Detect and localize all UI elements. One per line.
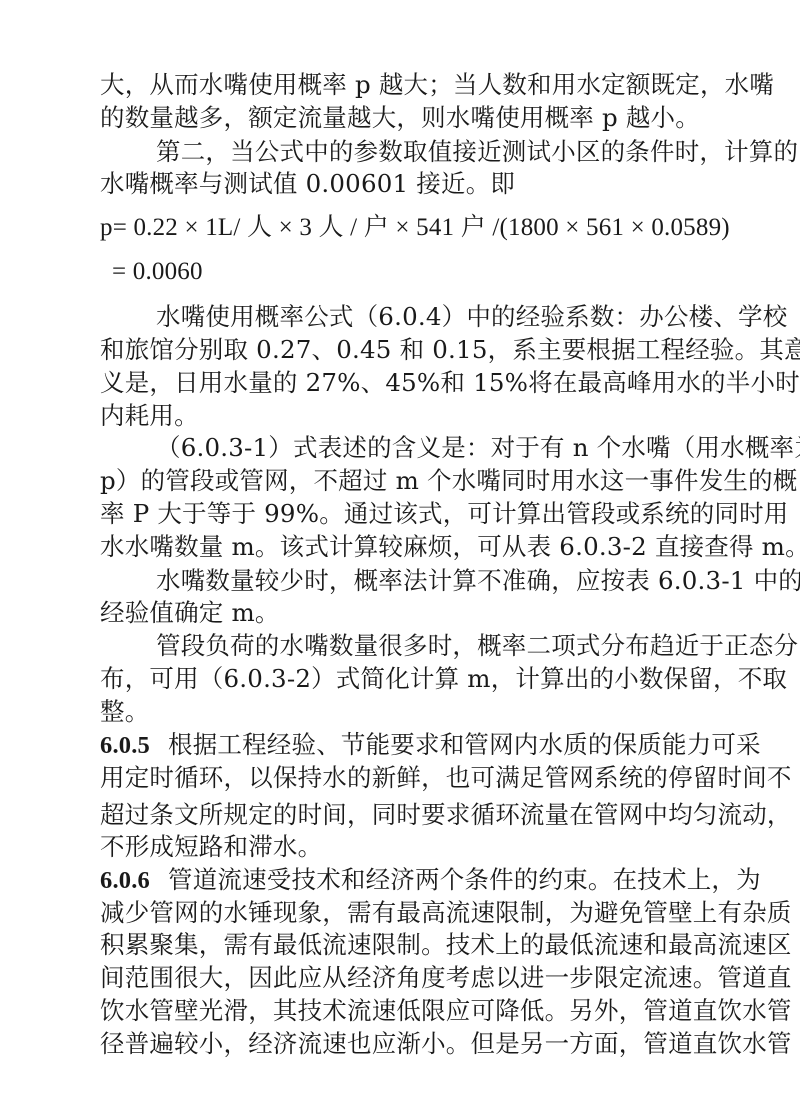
paragraph-start-line: 水嘴使用概率公式（6.0.4）中的经验系数：办公楼、学校 [156,301,718,333]
text-line: 布，可用（6.0.3-2）式简化计算 m，计算出的小数保留，不取 [100,663,718,695]
text-line: 率 P 大于等于 99%。通过该式，可计算出管段或系统的同时用 [100,498,718,530]
text-line: 饮水管壁光滑，其技术流速低限应可降低。另外，管道直饮水管 [100,995,718,1027]
text-line: 径普遍较小，经济流速也应渐小。但是另一方面，管道直饮水管 [100,1028,718,1060]
clause-number: 6.0.5 [100,732,150,759]
text-line: 义是，日用水量的 27%、45%和 15%将在最高峰用水的半小时 [100,367,718,399]
text-line: 内耗用。 [100,400,718,432]
text-line: 超过条文所规定的时间，同时要求循环流量在管网中均匀流动， [100,799,718,831]
text-line: 和旅馆分别取 0.27、0.45 和 0.15，系主要根据工程经验。其意 [100,334,718,366]
clause-text: 管道流速受技术和经济两个条件的约束。在技术上，为 [168,865,761,894]
paragraph-start-line: 水嘴数量较少时，概率法计算不准确，应按表 6.0.3-1 中的 [156,565,718,597]
paragraph-start-line: 管段负荷的水嘴数量很多时，概率二项式分布趋近于正态分 [156,630,718,662]
text-line: 减少管网的水锤现象，需有最高流速限制，为避免管壁上有杂质 [100,897,718,929]
text-line: 水水嘴数量 m。该式计算较麻烦，可从表 6.0.3-2 直接查得 m。 [100,531,718,563]
text-line: 整。 [100,696,718,728]
clause-number: 6.0.6 [100,867,150,894]
formula-line: p= 0.22 × 1L/ 人 × 3 人 / 户 × 541 户 /(1800… [100,212,718,244]
text-line: 不形成短路和滞水。 [100,831,718,863]
clause-line: 6.0.5根据工程经验、节能要求和管网内水质的保质能力可采 [100,729,718,761]
clause-text: 根据工程经验、节能要求和管网内水质的保质能力可采 [168,730,761,759]
formula-result-line: = 0.0060 [112,256,730,288]
text-line: 间范围很大，因此应从经济角度考虑以进一步限定流速。管道直 [100,962,718,994]
clause-line: 6.0.6管道流速受技术和经济两个条件的约束。在技术上，为 [100,864,718,896]
text-line: 经验值确定 m。 [100,597,718,629]
text-line: p）的管段或管网，不超过 m 个水嘴同时用水这一事件发生的概 [100,465,718,497]
text-line: 水嘴概率与测试值 0.00601 接近。即 [100,168,718,200]
paragraph-start-line: （6.0.3-1）式表述的含义是：对于有 n 个水嘴（用水概率为 [156,432,718,464]
text-line: 大，从而水嘴使用概率 p 越大；当人数和用水定额既定，水嘴 [100,69,718,101]
document-page: 大，从而水嘴使用概率 p 越大；当人数和用水定额既定，水嘴 的数量越多，额定流量… [0,0,800,1120]
text-line: 用定时循环，以保持水的新鲜，也可满足管网系统的停留时间不 [100,762,718,794]
text-line: 的数量越多，额定流量越大，则水嘴使用概率 p 越小。 [100,102,718,134]
paragraph-start-line: 第二，当公式中的参数取值接近测试小区的条件时，计算的 [156,136,718,168]
text-line: 积累聚集，需有最低流速限制。技术上的最低流速和最高流速区 [100,929,718,961]
